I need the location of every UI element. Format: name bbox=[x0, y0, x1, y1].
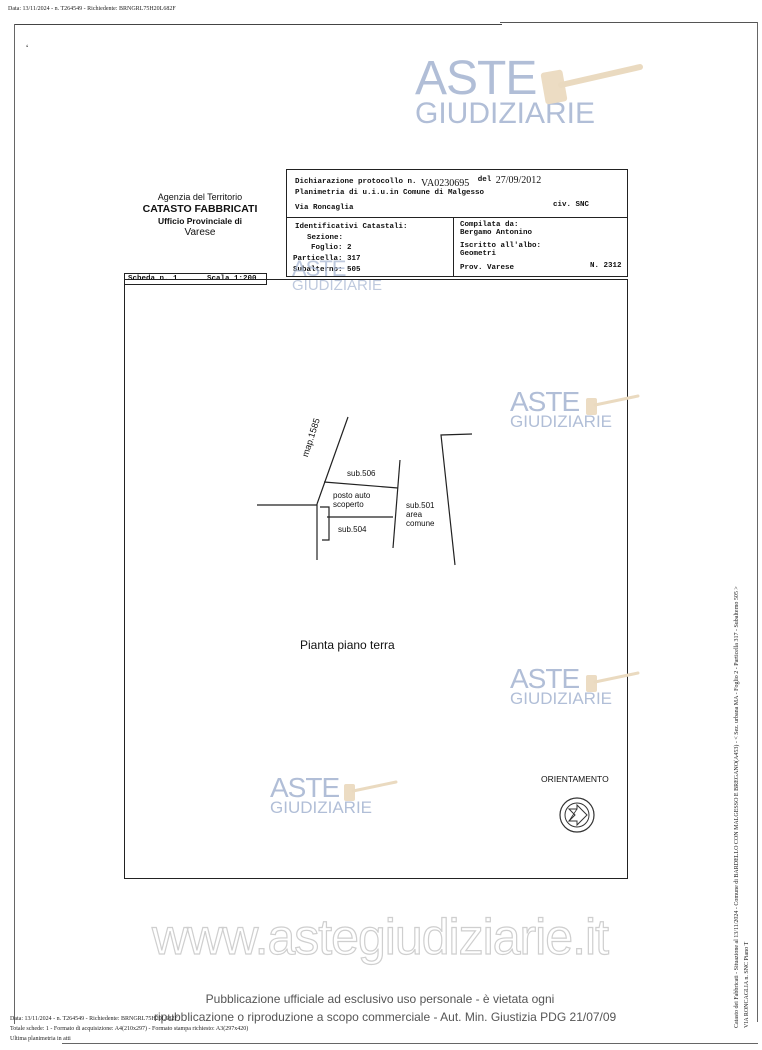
floor-plan-drawing bbox=[0, 0, 762, 1050]
notice-line2: ripubblicazione o riproduzione a scopo c… bbox=[154, 1008, 600, 1026]
publication-notice: Pubblicazione ufficiale ad esclusivo uso… bbox=[160, 990, 600, 1026]
footer-line1: Data: 13/11/2024 - n. T264549 - Richiede… bbox=[10, 1016, 178, 1022]
sub506-label: sub.506 bbox=[347, 469, 375, 478]
posto-auto-label: posto auto scoperto bbox=[333, 492, 370, 510]
gavel-icon bbox=[340, 776, 400, 808]
side-text-line1: Catasto dei Fabbricati - Situazione al 1… bbox=[734, 586, 740, 1028]
floor-title: Pianta piano terra bbox=[300, 638, 395, 652]
sub504-label: sub.504 bbox=[338, 525, 366, 534]
orientation-label: ORIENTAMENTO bbox=[541, 774, 609, 784]
notice-line1: Pubblicazione ufficiale ad esclusivo uso… bbox=[160, 990, 600, 1008]
side-text-line2: VIA RONCAGLIA n. SNC Piano T bbox=[744, 942, 750, 1028]
site-watermark: www.astegiudiziarie.it bbox=[152, 908, 608, 966]
footer-line3: Ultima planimetria in atti bbox=[10, 1036, 71, 1042]
compass-icon bbox=[557, 795, 597, 835]
gavel-icon bbox=[582, 667, 642, 699]
gavel-icon bbox=[582, 390, 642, 422]
sub501-label: sub.501 area comune bbox=[406, 502, 434, 528]
footer-line2: Totale schede: 1 - Formato di acquisizio… bbox=[10, 1026, 248, 1032]
